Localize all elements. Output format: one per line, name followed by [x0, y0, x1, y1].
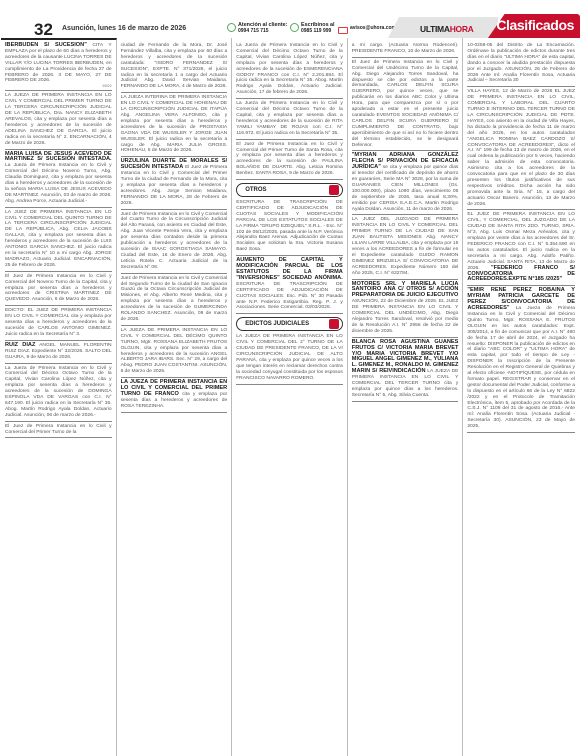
column-5: 10-0258-05 del Distrito de La Encarnació… — [463, 38, 579, 756]
newspaper-logo: ULTIMAHORA — [420, 24, 474, 34]
classifieds-columns: IBERBUDEN S/ SUCESION" CITA Y EMPLAZA po… — [0, 38, 580, 756]
mail-icon — [338, 27, 348, 34]
section-logo-icon — [329, 319, 339, 329]
legal-notice: La Jueza de Primera Instancia en lo Civi… — [236, 101, 343, 139]
legal-notice: "EMIR RENE PEREZ ROBAINA Y MYRIAM PATRIC… — [467, 288, 575, 433]
legal-notice: EDICTO: EL JUEZ DE PRIMERA INSTANCIA EN … — [5, 308, 112, 341]
brand-banner: ULTIMAHORA Clasificados — [388, 14, 580, 38]
legal-notice: LA JUEZA DE PRIMERA INSTANCIA EN LO CIVI… — [121, 380, 228, 413]
column-3: La Jueza de Primera Instancia en lo Civi… — [232, 38, 348, 756]
legal-notice: La Jueza de Primera Instancia en lo Civi… — [5, 366, 112, 422]
legal-notice: El Juez de Primera Instancia en lo Civil… — [352, 60, 459, 152]
legal-notice: "MYRIAN ADRIANA GONZÁLEZ FLECHA S/ PRIVA… — [352, 153, 459, 215]
page-header: 32 Asunción, lunes 16 de marzo de 2026 A… — [0, 0, 580, 38]
legal-notice: ciudad de Fernando de la Mora, Dr. José … — [121, 43, 228, 93]
contact-phone[interactable]: 0985 119 999 — [301, 28, 331, 34]
legal-notice: a mi cargo. (Actuaria Norma Rodenceri). … — [352, 43, 459, 58]
whatsapp-icon — [227, 23, 236, 32]
legal-notice: AUMENTO DE CAPITAL Y MODIFICACIÓN PARCIA… — [236, 258, 343, 314]
legal-notice: VILLA HAYES, 12 de Marzo de 2026 EL JUEZ… — [467, 89, 575, 210]
section-tag-edictos-judiciales: EDICTOS JUDICIALES — [236, 317, 343, 331]
column-1: IBERBUDEN S/ SUCESION" CITA Y EMPLAZA po… — [1, 38, 117, 756]
legal-notice: LA JUEZA DE PRIMERA INSTANCIA EN LO CIVI… — [5, 93, 112, 149]
column-4: a mi cargo. (Actuaria Norma Rodenceri). … — [348, 38, 464, 756]
legal-notice: LA JUEZ DEL JUZGADO DE PRIMERA INSTANCIA… — [352, 217, 459, 279]
legal-notice: MARIA LUISA DE JESUS ACEVEDO DE MARTINEZ… — [5, 152, 112, 208]
legal-notice: El Juez de Primera Instancia en lo Civil… — [5, 424, 112, 439]
section-logo-icon — [329, 185, 339, 195]
column-2: ciudad de Fernando de la Mora, Dr. José … — [117, 38, 233, 756]
section-tag-otros: OTROS — [236, 183, 343, 197]
legal-notice: LA JUEZ DE PRIMERA INSTANCIA EN LO CIVIL… — [5, 210, 112, 272]
customer-service-contact: Atención al cliente:0994 715 715 — [227, 22, 287, 34]
contact-phone[interactable]: 0994 715 715 — [238, 28, 269, 34]
legal-notice: EL JUEZ DE PRIMERA INSTANCIA EN LO CIVIL… — [467, 212, 575, 286]
legal-notice: LA JUEZA INTERINA DE PRIMERA INSTANCIA E… — [121, 95, 228, 157]
legal-notice: Juez de Primera Instancia en lo Civil y … — [121, 276, 228, 326]
legal-notice: ESCRITURA DE TRASCRIPCIÓN DE CERTIFICADO… — [236, 200, 343, 256]
whatsapp-icon — [290, 23, 299, 32]
legal-notice: IBERBUDEN S/ SUCESION" CITA Y EMPLAZA po… — [5, 43, 112, 91]
legal-notice: LA JUEZA DE PRIMERA INSTANCIA EN LO CIVI… — [236, 334, 343, 384]
legal-notice: LA JUEZA DE PRIMERA INSTANCIA EN LO CIVI… — [121, 328, 228, 378]
publication-date: Asunción, lunes 16 de marzo de 2026 — [62, 25, 186, 32]
legal-notice: MOTORES SRL Y MARIELA LUCIA SANTOIRO ANA… — [352, 282, 459, 338]
legal-notice: 10-0258-05 del Distrito de La Encarnació… — [467, 43, 575, 87]
legal-notice: RUIZ DIAZ ANGEL MANUEL FLORENTIN RUIZ DI… — [5, 343, 112, 364]
legal-notice: BLANCA ROSA AGUSTINA GUANES FRUTOS C/ VI… — [352, 340, 459, 402]
page-number: 32 — [34, 20, 53, 40]
legal-notice: Juez de Primera Instancia en lo Civil y … — [121, 212, 228, 274]
legal-notice: El Juez de Primera Instancia en lo Civil… — [5, 274, 112, 307]
section-title: Clasificados — [496, 17, 574, 33]
legal-notice: URZULINA DUARTE DE MORALES S/ SUCESIÓN I… — [121, 159, 228, 209]
legal-notice: La Jueza de Primera Instancia en lo Civi… — [236, 43, 343, 99]
write-us-contact: Escribinos al0985 119 999 — [290, 22, 335, 34]
legal-notice: El Juez de Primera Instancia en lo Civil… — [236, 142, 343, 180]
